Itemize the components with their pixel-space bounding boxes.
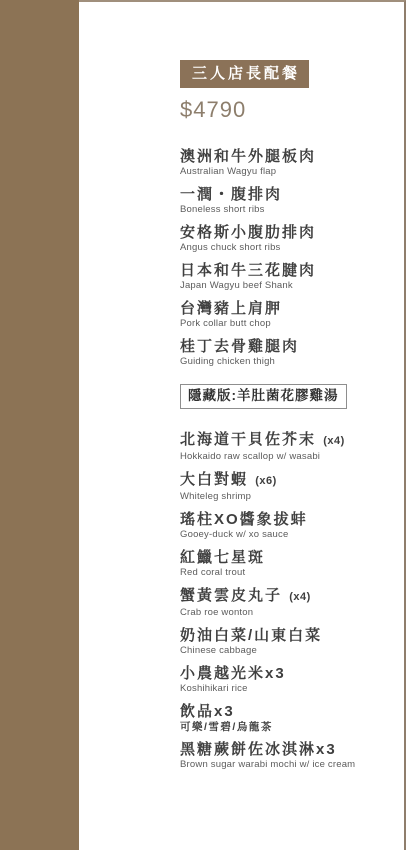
menu-item: 飲品x3 可樂/雪碧/烏龍茶 <box>180 703 404 733</box>
menu-item: 紅鱲七星斑 Red coral trout <box>180 549 404 579</box>
menu-item-name: 桂丁去骨雞腿肉 <box>180 338 404 355</box>
menu-item: 一潤・腹排肉 Boneless short ribs <box>180 186 404 216</box>
menu-item-name: 大白對蝦 (x6) <box>180 471 404 490</box>
menu-item-name: 紅鱲七星斑 <box>180 549 404 566</box>
menu-item-subtitle: Chinese cabbage <box>180 645 404 657</box>
menu-item-name: 黑糖蕨餅佐冰淇淋x3 <box>180 741 404 758</box>
menu-item-subtitle: Gooey-duck w/ xo sauce <box>180 529 404 541</box>
menu-item: 桂丁去骨雞腿肉 Guiding chicken thigh <box>180 338 404 368</box>
menu-item-subtitle: Hokkaido raw scallop w/ wasabi <box>180 451 404 463</box>
menu-item: 小農越光米x3 Koshihikari rice <box>180 665 404 695</box>
menu-item-name: 澳洲和牛外腿板肉 <box>180 148 404 165</box>
menu-item-subtitle: Crab roe wonton <box>180 607 404 619</box>
menu-item-name: 小農越光米x3 <box>180 665 404 682</box>
set-title-badge: 三人店長配餐 <box>180 60 309 88</box>
menu-item-subtitle: Boneless short ribs <box>180 204 404 216</box>
menu-item-qty: (x4) <box>323 435 345 447</box>
menu-item-subtitle: 可樂/雪碧/烏龍茶 <box>180 721 404 733</box>
menu-item-name: 一潤・腹排肉 <box>180 186 404 203</box>
menu-item-subtitle: Angus chuck short ribs <box>180 242 404 254</box>
menu-item-qty: (x6) <box>255 475 277 487</box>
left-brown-sidebar <box>0 0 79 850</box>
menu-item: 安格斯小腹肋排肉 Angus chuck short ribs <box>180 224 404 254</box>
menu-item-name: 瑤柱XO醬象拔蚌 <box>180 511 404 528</box>
menu-item-subtitle: Koshihikari rice <box>180 683 404 695</box>
menu-item-subtitle: Whiteleg shrimp <box>180 491 404 503</box>
menu-item-name: 安格斯小腹肋排肉 <box>180 224 404 241</box>
menu-item: 台灣豬上肩胛 Pork collar butt chop <box>180 300 404 330</box>
menu-item-name: 奶油白菜/山東白菜 <box>180 627 404 644</box>
menu-content: 三人店長配餐 $4790 澳洲和牛外腿板肉 Australian Wagyu f… <box>79 0 406 850</box>
menu-item: 日本和牛三花腱肉 Japan Wagyu beef Shank <box>180 262 404 292</box>
menu-item: 澳洲和牛外腿板肉 Australian Wagyu flap <box>180 148 404 178</box>
menu-item-subtitle: Red coral trout <box>180 567 404 579</box>
menu-item: 黑糖蕨餅佐冰淇淋x3 Brown sugar warabi mochi w/ i… <box>180 741 404 771</box>
course-items-list: 北海道干貝佐芥末 (x4) Hokkaido raw scallop w/ wa… <box>180 431 404 771</box>
menu-item: 奶油白菜/山東白菜 Chinese cabbage <box>180 627 404 657</box>
meat-items-list: 澳洲和牛外腿板肉 Australian Wagyu flap 一潤・腹排肉 Bo… <box>180 148 404 368</box>
menu-item: 北海道干貝佐芥末 (x4) Hokkaido raw scallop w/ wa… <box>180 431 404 463</box>
set-price: $4790 <box>180 97 404 123</box>
menu-item: 蟹黃雲皮丸子 (x4) Crab roe wonton <box>180 587 404 619</box>
menu-item-name: 飲品x3 <box>180 703 404 720</box>
menu-item-subtitle: Australian Wagyu flap <box>180 166 404 178</box>
menu-item-subtitle: Guiding chicken thigh <box>180 356 404 368</box>
menu-page: 三人店長配餐 $4790 澳洲和牛外腿板肉 Australian Wagyu f… <box>0 0 406 850</box>
hidden-version-box: 隱藏版:羊肚菌花膠雞湯 <box>180 384 347 409</box>
menu-item-name: 日本和牛三花腱肉 <box>180 262 404 279</box>
menu-item: 瑤柱XO醬象拔蚌 Gooey-duck w/ xo sauce <box>180 511 404 541</box>
menu-item: 大白對蝦 (x6) Whiteleg shrimp <box>180 471 404 503</box>
menu-item-qty: (x4) <box>289 591 311 603</box>
menu-item-name: 蟹黃雲皮丸子 (x4) <box>180 587 404 606</box>
menu-item-name: 台灣豬上肩胛 <box>180 300 404 317</box>
menu-item-subtitle: Pork collar butt chop <box>180 318 404 330</box>
menu-item-subtitle: Japan Wagyu beef Shank <box>180 280 404 292</box>
menu-item-name: 北海道干貝佐芥末 (x4) <box>180 431 404 450</box>
menu-item-subtitle: Brown sugar warabi mochi w/ ice cream <box>180 759 404 771</box>
